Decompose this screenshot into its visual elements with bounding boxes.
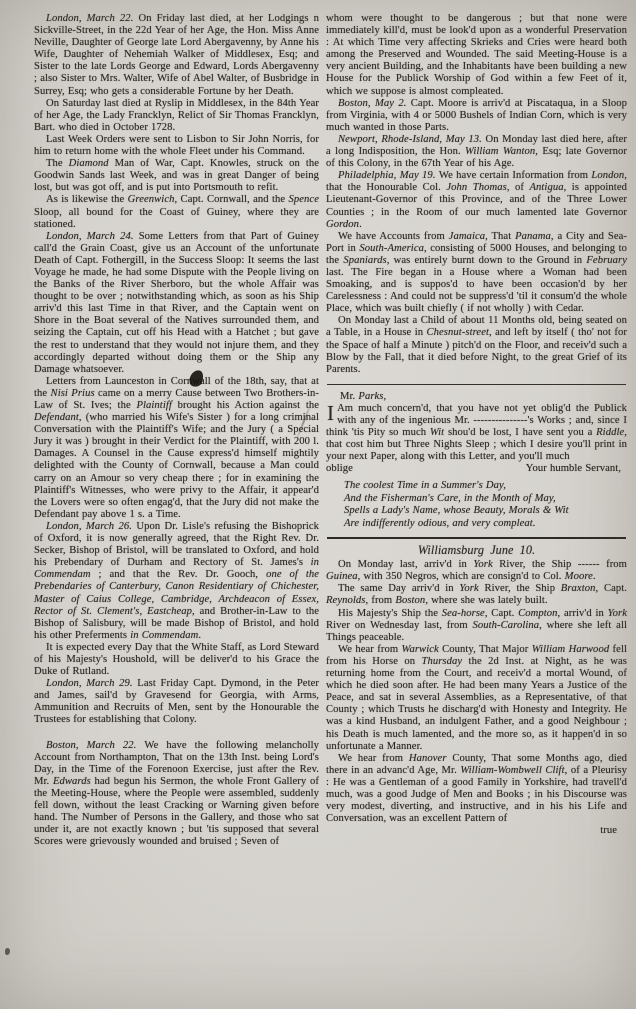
news-paragraph: We have Accounts from Jamaica, That Pana… [326,231,627,316]
news-paragraph: It is expected every Day that the White … [34,642,319,678]
news-paragraph: On Monday last a Child of about 11 Month… [326,315,627,375]
news-paragraph: whom were thought to be dangerous ; but … [326,13,627,98]
news-paragraph: Newport, Rhode-Island, May 13. On Monday… [326,134,627,170]
news-paragraph: London, March 26. Upon Dr. Lisle's refus… [34,521,319,642]
news-paragraph: Boston, May 2. Capt. Moore is arriv'd at… [326,98,627,134]
left-column: London, March 22. On Friday last died, a… [34,13,319,848]
dateline-lead: Newport, Rhode-Island, May 13. [338,134,485,145]
dateline-lead: London, March 24. [46,231,139,242]
dateline-lead: Boston, March 22. [46,740,144,751]
news-section: whom were thought to be dangerous ; but … [326,13,627,376]
section-divider [327,384,626,385]
news-paragraph: Philadelphia, May 19. We have certain In… [326,170,627,230]
dateline-lead: London, March 26. [46,521,136,532]
dateline-lead: London, March 22. [46,13,138,24]
news-paragraph: As is likewise the Greenwich, Capt. Corn… [34,194,319,230]
news-paragraph: His Majesty's Ship the Sea-horse, Capt. … [326,608,627,644]
drop-cap: I [326,403,337,424]
dateline-heading: Williamsburg June 10. [326,544,627,556]
news-paragraph: Last Week Orders were sent to Lisbon to … [34,134,319,158]
letter-signature-row: oblige Your humble Servant, [326,463,627,475]
riddle-line: Spells a Lady's Name, whose Beauty, Mora… [344,505,627,517]
section-divider [327,537,626,539]
news-paragraph: On Saturday last died at Ryslip in Middl… [34,98,319,134]
news-paragraph: We hear from Warwick County, That Major … [326,644,627,753]
letter-signature: Your humble Servant, [526,463,621,475]
letter-close-word: oblige [326,463,353,475]
ink-speck [5,948,10,955]
news-paragraph: Letters from Launceston in Cornwall of t… [34,376,319,521]
riddle-line: Are indifferently odious, and very compl… [344,518,627,530]
reader-letter: Mr. Parks, IAm much concern'd, that you … [326,391,627,476]
news-paragraph: Boston, March 22. We have the following … [34,740,319,849]
local-news-section: On Monday last, arriv'd in York River, t… [326,559,627,825]
catchword: true [326,825,627,837]
news-paragraph: The same Day arriv'd in York River, the … [326,583,627,607]
news-paragraph: The Diamond Man of War, Capt. Knowles, s… [34,158,319,194]
dateline-lead: London, March 29. [46,678,137,689]
riddle-line: The coolest Time in a Summer's Day, [344,480,627,492]
letter-salutation: Mr. Parks, [326,391,627,403]
right-column: whom were thought to be dangerous ; but … [326,13,627,837]
news-paragraph: London, March 24. Some Letters from that… [34,231,319,376]
news-paragraph: On Monday last, arriv'd in York River, t… [326,559,627,583]
dateline-lead: Philadelphia, May 19. [338,170,439,181]
news-paragraph: London, March 22. On Friday last died, a… [34,13,319,98]
news-paragraph: We hear from Hanover County, That some M… [326,753,627,826]
riddle-line: And the Fisherman's Care, in the Month o… [344,493,627,505]
news-paragraph: London, March 29. Last Friday Capt. Dymo… [34,678,319,726]
dateline-lead: Boston, May 2. [338,98,411,109]
letter-body: IAm much concern'd, that you have not ye… [326,403,627,463]
riddle-poem: The coolest Time in a Summer's Day,And t… [344,480,627,530]
newspaper-page: London, March 22. On Friday last died, a… [0,0,636,1009]
